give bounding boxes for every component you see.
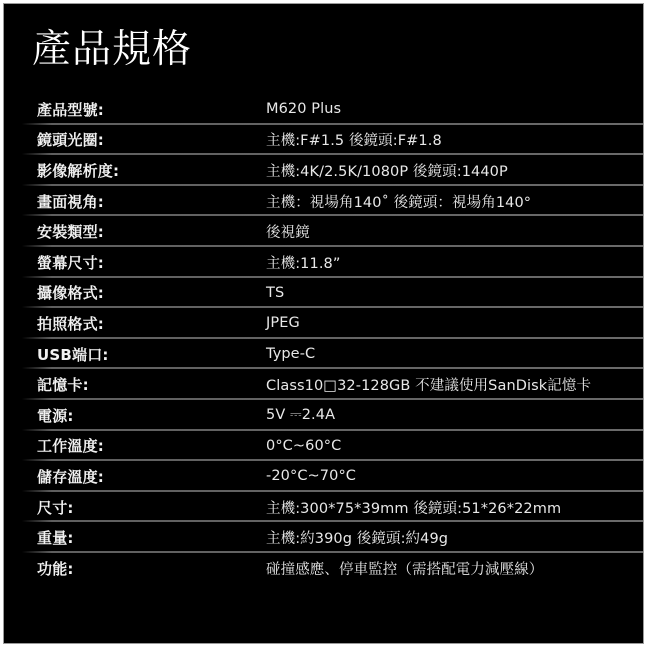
spec-value: Class10□32-128GB 不建議使用SanDisk記憶卡 (266, 374, 591, 395)
spec-label: 儲存溫度: (37, 466, 104, 487)
spec-value: 5V ⎓2.4A (266, 407, 335, 423)
spec-label: 電源: (37, 405, 74, 426)
spec-value: 0°C~60°C (266, 438, 341, 454)
spec-value: 後視鏡 (266, 221, 310, 242)
spec-label: 記憶卡: (37, 374, 89, 395)
spec-label: 產品型號: (37, 99, 104, 120)
spec-value: 主機:300*75*39mm 後鏡頭:51*26*22mm (266, 497, 561, 518)
spec-label: 重量: (37, 527, 74, 548)
spec-row-usb-port: USB端口: Type-C (4, 339, 643, 370)
spec-row-screen-size: 螢幕尺寸: 主機:11.8” (4, 247, 643, 278)
spec-value: M620 Plus (266, 101, 341, 117)
spec-label: 拍照格式: (37, 313, 104, 334)
spec-value: TS (266, 285, 284, 301)
spec-value: 主機：視場角140˚ 後鏡頭：視場角140° (266, 191, 531, 212)
spec-label: 畫面視角: (37, 191, 104, 212)
spec-label: 鏡頭光圈: (37, 129, 104, 150)
spec-row-power: 電源: 5V ⎓2.4A (4, 400, 643, 431)
spec-row-memory-card: 記憶卡: Class10□32-128GB 不建議使用SanDisk記憶卡 (4, 369, 643, 400)
spec-value: JPEG (266, 315, 300, 331)
spec-sheet-panel: 產品規格 產品型號: M620 Plus 鏡頭光圈: 主機:F#1.5 後鏡頭:… (3, 3, 644, 644)
spec-value: 主機:約390g 後鏡頭:約49g (266, 527, 448, 548)
spec-row-field-of-view: 畫面視角: 主機：視場角140˚ 後鏡頭：視場角140° (4, 186, 643, 217)
spec-value: 主機:F#1.5 後鏡頭:F#1.8 (266, 129, 442, 150)
page-title: 產品規格 (32, 26, 192, 74)
spec-label: 工作溫度: (37, 435, 104, 456)
spec-row-video-format: 攝像格式: TS (4, 278, 643, 309)
spec-row-weight: 重量: 主機:約390g 後鏡頭:約49g (4, 522, 643, 553)
spec-label: 安裝類型: (37, 221, 104, 242)
spec-label: 功能: (37, 558, 74, 579)
spec-label: 攝像格式: (37, 282, 104, 303)
spec-row-model: 產品型號: M620 Plus (4, 94, 643, 125)
spec-value: Type-C (266, 346, 315, 362)
spec-row-dimensions: 尺寸: 主機:300*75*39mm 後鏡頭:51*26*22mm (4, 492, 643, 523)
spec-row-operating-temp: 工作溫度: 0°C~60°C (4, 431, 643, 462)
spec-row-features: 功能: 碰撞感應、停車監控（需搭配電力減壓線） (4, 553, 643, 584)
spec-value: 主機:4K/2.5K/1080P 後鏡頭:1440P (266, 160, 508, 181)
spec-row-resolution: 影像解析度: 主機:4K/2.5K/1080P 後鏡頭:1440P (4, 155, 643, 186)
spec-label: 影像解析度: (37, 160, 119, 181)
spec-row-mount-type: 安裝類型: 後視鏡 (4, 216, 643, 247)
spec-row-storage-temp: 儲存溫度: -20°C~70°C (4, 461, 643, 492)
spec-label: 尺寸: (37, 497, 74, 518)
spec-table: 產品型號: M620 Plus 鏡頭光圈: 主機:F#1.5 後鏡頭:F#1.8… (4, 94, 643, 584)
spec-row-aperture: 鏡頭光圈: 主機:F#1.5 後鏡頭:F#1.8 (4, 125, 643, 156)
spec-row-photo-format: 拍照格式: JPEG (4, 308, 643, 339)
spec-value: 主機:11.8” (266, 252, 340, 273)
spec-label: USB端口: (37, 344, 109, 365)
spec-value: -20°C~70°C (266, 468, 356, 484)
spec-value: 碰撞感應、停車監控（需搭配電力減壓線） (266, 558, 543, 579)
spec-label: 螢幕尺寸: (37, 252, 104, 273)
